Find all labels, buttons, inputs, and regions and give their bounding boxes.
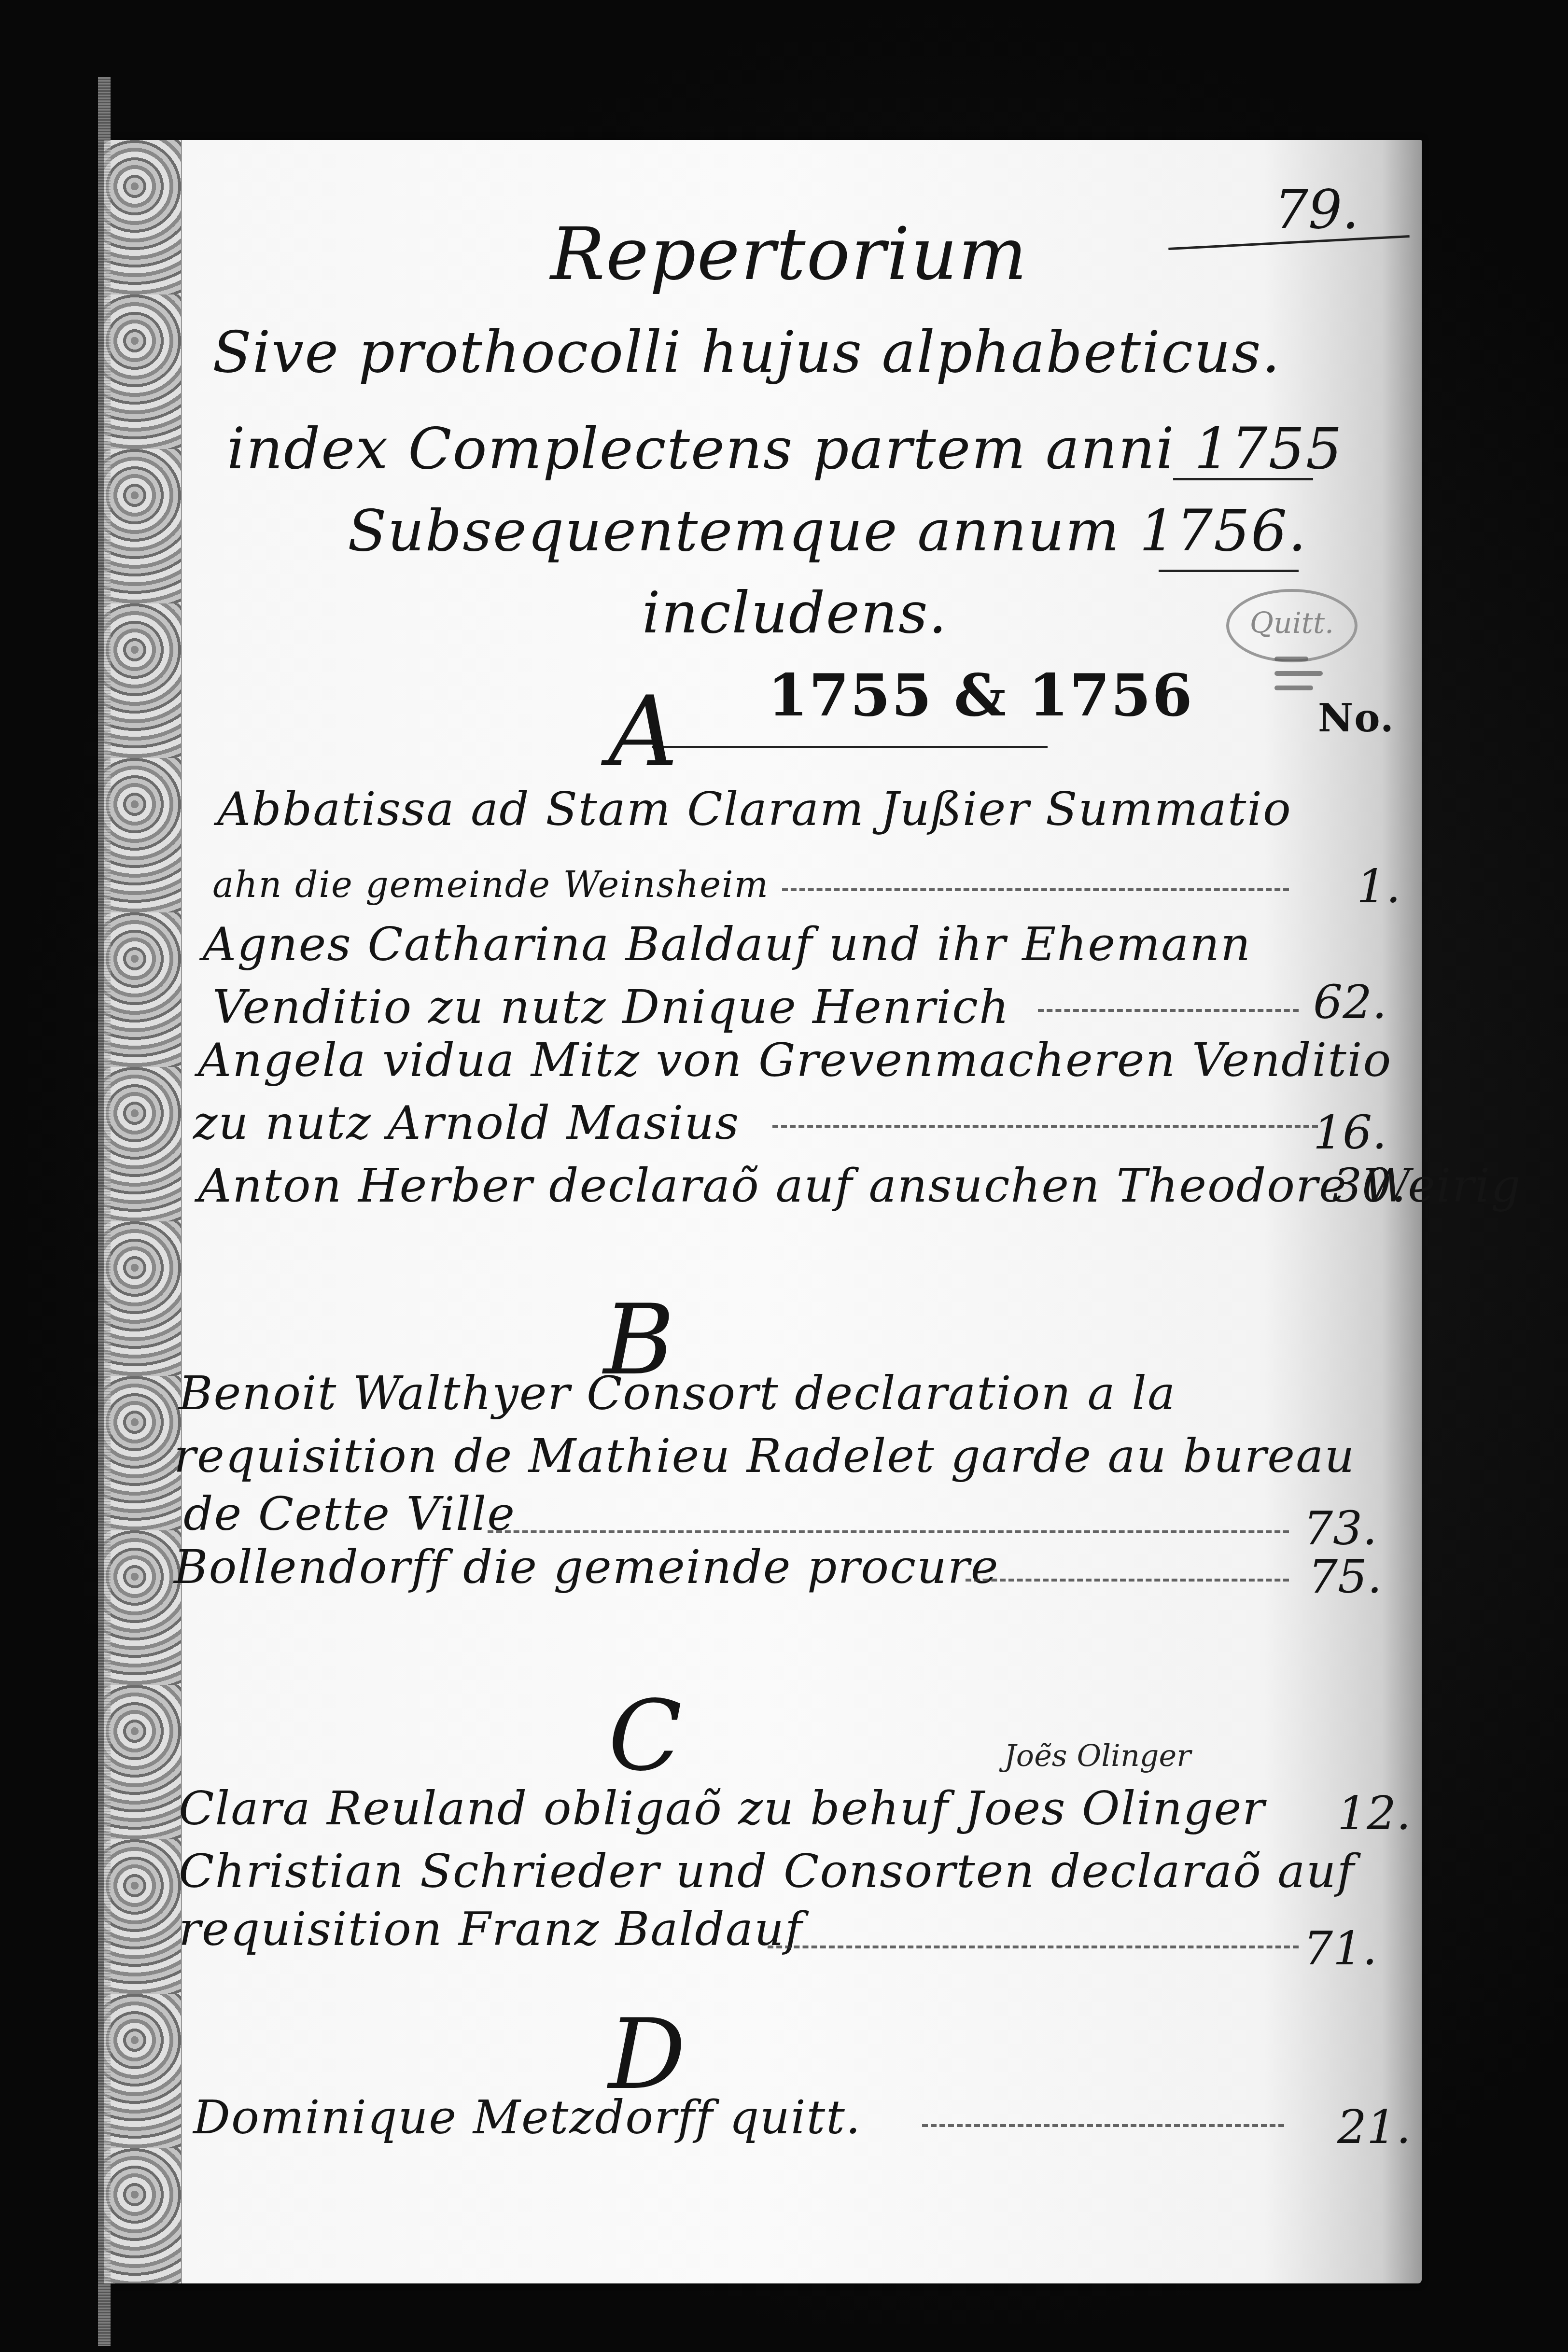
subtitle-line-3: Subsequentemque annum 1756.	[348, 497, 1307, 564]
dotted-leader	[488, 1530, 1289, 1533]
entry-number: 62.	[1313, 975, 1387, 1029]
entry-line: Dominique Metzdorff quitt.	[193, 2090, 861, 2144]
number-column-label: No.	[1318, 695, 1395, 741]
entry-line: requisition Franz Baldauf	[179, 1902, 803, 1956]
entry-number: 12.	[1337, 1786, 1411, 1840]
subtitle-line-2: index Complectens partem anni 1755	[227, 415, 1343, 482]
entry-line: requisition de Mathieu Radelet garde au …	[174, 1429, 1355, 1483]
document-title: Repertorium	[550, 212, 1028, 296]
stamp-mark	[1274, 671, 1323, 676]
dotted-leader	[966, 1579, 1289, 1582]
entry-line: Agnes Catharina Baldauf und ihr Ehemann	[203, 917, 1251, 971]
entry-line: ahn die gemeinde Weinsheim	[212, 864, 769, 906]
entry-line: Venditio zu nutz Dnique Henrich	[212, 980, 1010, 1034]
dotted-leader	[1038, 1009, 1299, 1012]
stamp-mark	[1274, 657, 1308, 661]
entry-number: 71.	[1303, 1921, 1377, 1975]
section-letter-c: C	[608, 1680, 683, 1792]
entry-line: Anton Herber declaraõ auf ansuchen Theod…	[198, 1159, 1522, 1213]
entry-number: 30.	[1332, 1159, 1406, 1213]
folio-number: 79.	[1274, 179, 1359, 240]
entry-number: 21.	[1337, 2100, 1411, 2154]
entry-line: Benoit Walthyer Consort declaration a la	[179, 1366, 1176, 1420]
entry-number: 1.	[1357, 859, 1401, 913]
entry-line: zu nutz Arnold Masius	[193, 1096, 740, 1150]
dotted-leader	[772, 1125, 1318, 1128]
years-underline	[652, 746, 1048, 748]
dotted-leader	[768, 1946, 1299, 1948]
entry-number: 16.	[1313, 1106, 1387, 1160]
year-1755-underline	[1173, 478, 1313, 480]
entry-line: de Cette Ville	[183, 1487, 516, 1541]
interlinear-note: Joẽs Olinger	[1004, 1738, 1191, 1773]
entry-line: Clara Reuland obligaõ zu behuf Joes Olin…	[179, 1781, 1265, 1835]
entry-number: 75.	[1308, 1550, 1382, 1604]
year-1756-underline	[1159, 570, 1299, 572]
marbled-binding-strip	[104, 140, 182, 2283]
entry-line: Christian Schrieder und Consorten declar…	[179, 1844, 1355, 1898]
ink-stamp: Quitt.	[1226, 589, 1358, 662]
dotted-leader	[782, 888, 1289, 891]
entry-line: Abbatissa ad Stam Claram Jußier Summatio	[217, 782, 1292, 836]
subtitle-line-4: includens.	[642, 579, 948, 646]
entry-number: 73.	[1303, 1501, 1377, 1555]
section-letter-a: A	[608, 676, 679, 788]
stamp-mark	[1274, 686, 1313, 690]
years-line: 1755 & 1756	[768, 661, 1193, 729]
dotted-leader	[922, 2124, 1284, 2127]
entry-line: Bollendorff die gemeinde procure	[174, 1540, 999, 1594]
binding-thread	[98, 77, 111, 2346]
subtitle-line-1: Sive prothocolli hujus alphabeticus.	[212, 319, 1281, 385]
entry-line: Angela vidua Mitz von Grevenmacheren Ven…	[198, 1033, 1392, 1087]
